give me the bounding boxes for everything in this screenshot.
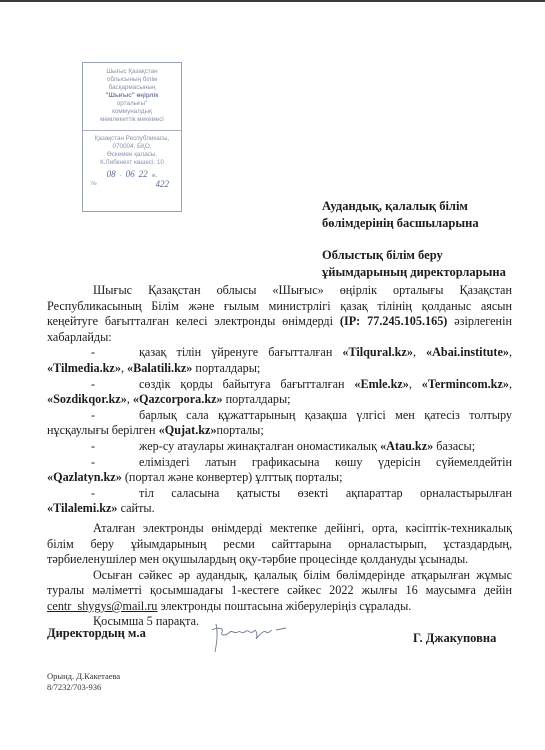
signatory-role: Директордың м.а bbox=[47, 626, 146, 641]
stamp-number-label: № bbox=[91, 180, 97, 188]
ip-address: (IP: 77.245.105.165) bbox=[340, 314, 447, 328]
stamp-line: Шығыс Қазақстан bbox=[85, 68, 179, 76]
letter-body: Шығыс Қазақстан облысы «Шығыс» өңірлік о… bbox=[47, 283, 512, 630]
stamp-line: Өскемен қаласы, bbox=[85, 151, 179, 159]
bullet-item: -тіл саласына қатысты өзекті ақпараттар … bbox=[47, 486, 512, 517]
stamp-line: Қазақстан Республикасы, bbox=[85, 135, 179, 143]
addressee-line: бөлімдерінің басшыларына bbox=[322, 215, 506, 232]
bullet-text-end: (портал және конвертер) ұлттық порталы; bbox=[122, 470, 343, 484]
bullet-text: жер-су атаулары жинақталған ономастикалы… bbox=[139, 439, 380, 453]
request-text: Осыған сәйкес әр аудандық, қалалық білім… bbox=[47, 568, 512, 598]
recommendation-paragraph: Аталған электронды өнімдерді мектепке де… bbox=[47, 521, 512, 568]
stamp-line: "Шығыс" өңірлік bbox=[85, 92, 179, 100]
bullet-text: қазақ тілін үйренуге бағытталған bbox=[139, 345, 342, 359]
bullet-dash: - bbox=[91, 486, 139, 502]
portal-link: «Abai.institute» bbox=[426, 345, 509, 359]
bullet-dash: - bbox=[91, 408, 139, 424]
bullet-item: -барлық сала құжаттарының қазақша үлгісі… bbox=[47, 408, 512, 439]
portal-link: «Tilqural.kz» bbox=[342, 345, 413, 359]
executor-name: Орынд. Д.Какетаева bbox=[47, 671, 120, 682]
bullet-text-end: базасы; bbox=[433, 439, 475, 453]
bullet-text: тіл саласына қатысты өзекті ақпараттар о… bbox=[139, 486, 512, 500]
bullet-text-end: порталдары; bbox=[223, 392, 291, 406]
request-paragraph: Осыған сәйкес әр аудандық, қалалық білім… bbox=[47, 568, 512, 615]
portal-link: «Qazlatyn.kz» bbox=[47, 470, 122, 484]
stamp-line: 070004, БҚО, bbox=[85, 143, 179, 151]
portal-link: «Balatili.kz» bbox=[127, 361, 192, 375]
bullet-item: -жер-су атаулары жинақталған ономастикал… bbox=[47, 439, 512, 455]
portal-link: «Emle.kz» bbox=[354, 377, 409, 391]
bullet-text: еліміздегі латын графикасына көшу үдеріс… bbox=[139, 455, 512, 469]
addressee-district-heads: Аудандық, қалалық білім бөлімдерінің бас… bbox=[322, 198, 506, 232]
stamp-line: басқармасының bbox=[85, 84, 179, 92]
stamp-number: № 422 bbox=[85, 180, 179, 188]
stamp-line: облысының білім bbox=[85, 76, 179, 84]
stamp-date-sep: - bbox=[120, 172, 122, 180]
email-link[interactable]: centr_shygys@mail.ru bbox=[47, 599, 157, 613]
portal-link: «Qazcorpora.kz» bbox=[133, 392, 223, 406]
portal-link: «Termincom.kz» bbox=[422, 377, 509, 391]
stamp-line: коммуналдық bbox=[85, 108, 179, 116]
bullet-item: -сөздік қорды байытуға бағытталған «Emle… bbox=[47, 377, 512, 408]
stamp-date-year: 22 bbox=[139, 170, 148, 178]
stamp-line: орталығы" bbox=[85, 100, 179, 108]
executor-info: Орынд. Д.Какетаева 8/7232/703-936 bbox=[47, 671, 120, 693]
signatory-name: Г. Джакуповна bbox=[413, 631, 496, 646]
handwritten-signature-icon bbox=[210, 618, 290, 654]
addressees-block: Аудандық, қалалық білім бөлімдерінің бас… bbox=[322, 198, 506, 296]
intro-paragraph: Шығыс Қазақстан облысы «Шығыс» өңірлік о… bbox=[47, 283, 512, 345]
stamp-line: К.Либкнехт көшесі, 10 bbox=[85, 159, 179, 167]
addressee-regional-directors: Облыстық білім беру ұйымдарының директор… bbox=[322, 247, 506, 281]
stamp-line: мемлекеттік мекемесі bbox=[85, 116, 179, 124]
portal-link: «Qujat.kz» bbox=[159, 423, 217, 437]
portal-link: «Tilalemi.kz» bbox=[47, 501, 118, 515]
request-text-end: электронды поштасына жіберулеріңіз сұрал… bbox=[157, 599, 411, 613]
bullet-dash: - bbox=[91, 439, 139, 455]
addressee-line: ұйымдарының директорларына bbox=[322, 264, 506, 281]
bullet-item: -қазақ тілін үйренуге бағытталған «Tilqu… bbox=[47, 345, 512, 376]
portal-link: «Atau.kz» bbox=[380, 439, 433, 453]
bullet-item: -еліміздегі латын графикасына көшу үдері… bbox=[47, 455, 512, 486]
portal-link: «Sozdikqor.kz» bbox=[47, 392, 127, 406]
bullet-text-end: порталдары; bbox=[192, 361, 260, 375]
scan-top-border bbox=[0, 0, 545, 2]
addressee-line: Облыстық білім беру bbox=[322, 247, 506, 264]
bullet-dash: - bbox=[91, 377, 139, 393]
executor-phone: 8/7232/703-936 bbox=[47, 682, 120, 693]
stamp-number-value: 422 bbox=[156, 180, 170, 188]
bullet-text: сөздік қорды байытуға бағытталған bbox=[139, 377, 354, 391]
bullet-dash: - bbox=[91, 455, 139, 471]
portal-link: «Tilmedia.kz» bbox=[47, 361, 121, 375]
bullet-text-end: порталы; bbox=[217, 423, 264, 437]
bullet-dash: - bbox=[91, 345, 139, 361]
bullet-text-end: сайты. bbox=[118, 501, 155, 515]
stamp-date-day: 08 bbox=[107, 170, 116, 178]
registration-stamp: Шығыс Қазақстан облысының білім басқарма… bbox=[82, 62, 182, 212]
stamp-date-month: 06 bbox=[126, 170, 135, 178]
addressee-line: Аудандық, қалалық білім bbox=[322, 198, 506, 215]
stamp-divider bbox=[83, 130, 181, 131]
